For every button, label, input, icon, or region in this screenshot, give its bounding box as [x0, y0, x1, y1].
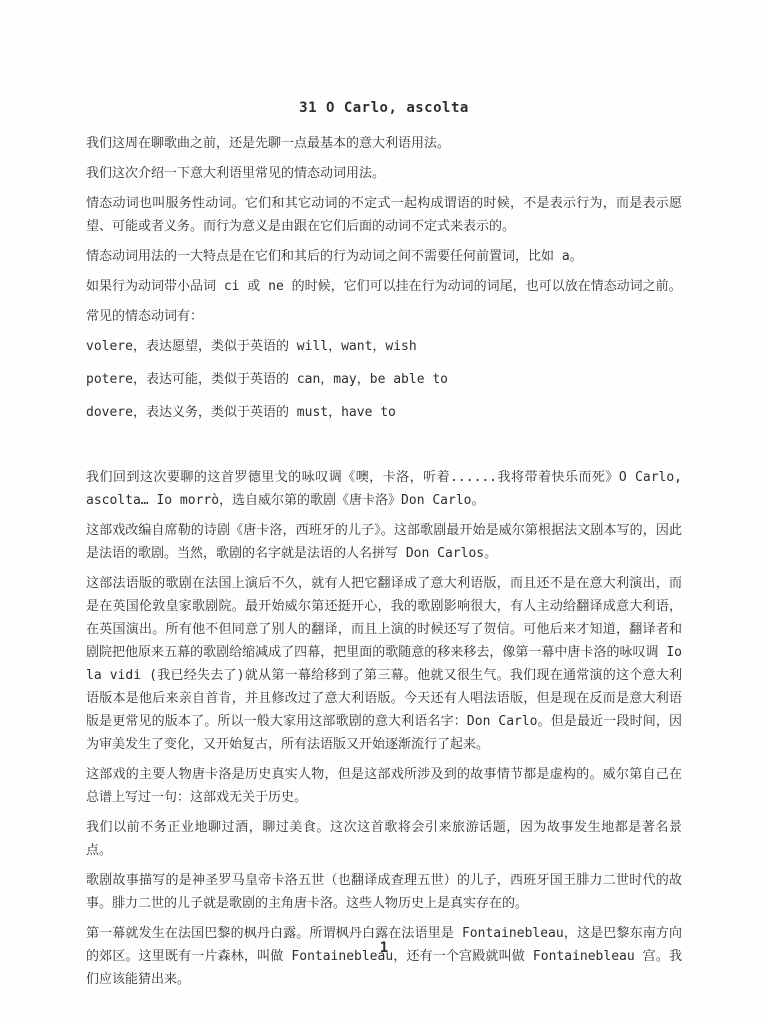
paragraph-4: 情态动词用法的一大特点是在它们和其后的行为动词之间不需要任何前置词，比如 a。: [86, 245, 682, 268]
paragraph-9: dovere，表达义务，类似于英语的 must，have to: [86, 401, 682, 424]
paragraph-11: 这部戏改编自席勒的诗剧《唐卡洛，西班牙的儿子》。这部歌剧最开始是威尔第根据法文剧…: [86, 519, 682, 565]
paragraph-1: 我们这周在聊歌曲之前，还是先聊一点最基本的意大利语用法。: [86, 132, 682, 155]
document-title: 31 O Carlo, ascolta: [0, 0, 768, 120]
paragraph-16: 第一幕就发生在法国巴黎的枫丹白露。所谓枫丹白露在法语里是 Fontaineble…: [86, 922, 682, 991]
paragraph-8: potere，表达可能，类似于英语的 can，may，be able to: [86, 368, 682, 391]
paragraph-10: 我们回到这次要聊的这首罗德里戈的咏叹调《噢，卡洛，听着......我将带着快乐而…: [86, 466, 682, 512]
paragraph-12: 这部法语版的歌剧在法国上演后不久，就有人把它翻译成了意大利语版，而且还不是在意大…: [86, 572, 682, 756]
page-number: 1: [0, 940, 768, 956]
paragraph-6: 常见的情态动词有：: [86, 305, 682, 328]
paragraph-15: 歌剧故事描写的是神圣罗马皇帝卡洛五世（也翻译成查理五世）的儿子，西班牙国王腓力二…: [86, 869, 682, 915]
document-body: 我们这周在聊歌曲之前，还是先聊一点最基本的意大利语用法。我们这次介绍一下意大利语…: [86, 132, 682, 991]
paragraph-14: 我们以前不务正业地聊过酒，聊过美食。这次这首歌将会引来旅游话题，因为故事发生地都…: [86, 816, 682, 862]
paragraph-7: volere，表达愿望，类似于英语的 will，want，wish: [86, 335, 682, 358]
paragraph-2: 我们这次介绍一下意大利语里常见的情态动词用法。: [86, 162, 682, 185]
paragraph-5: 如果行为动词带小品词 ci 或 ne 的时候，它们可以挂在行为动词的词尾，也可以…: [86, 275, 682, 298]
document-page: 31 O Carlo, ascolta 我们这周在聊歌曲之前，还是先聊一点最基本…: [0, 0, 768, 1024]
paragraph-3: 情态动词也叫服务性动词。它们和其它动词的不定式一起构成谓语的时候，不是表示行为，…: [86, 192, 682, 238]
paragraph-13: 这部戏的主要人物唐卡洛是历史真实人物，但是这部戏所涉及到的故事情节都是虚构的。威…: [86, 763, 682, 809]
